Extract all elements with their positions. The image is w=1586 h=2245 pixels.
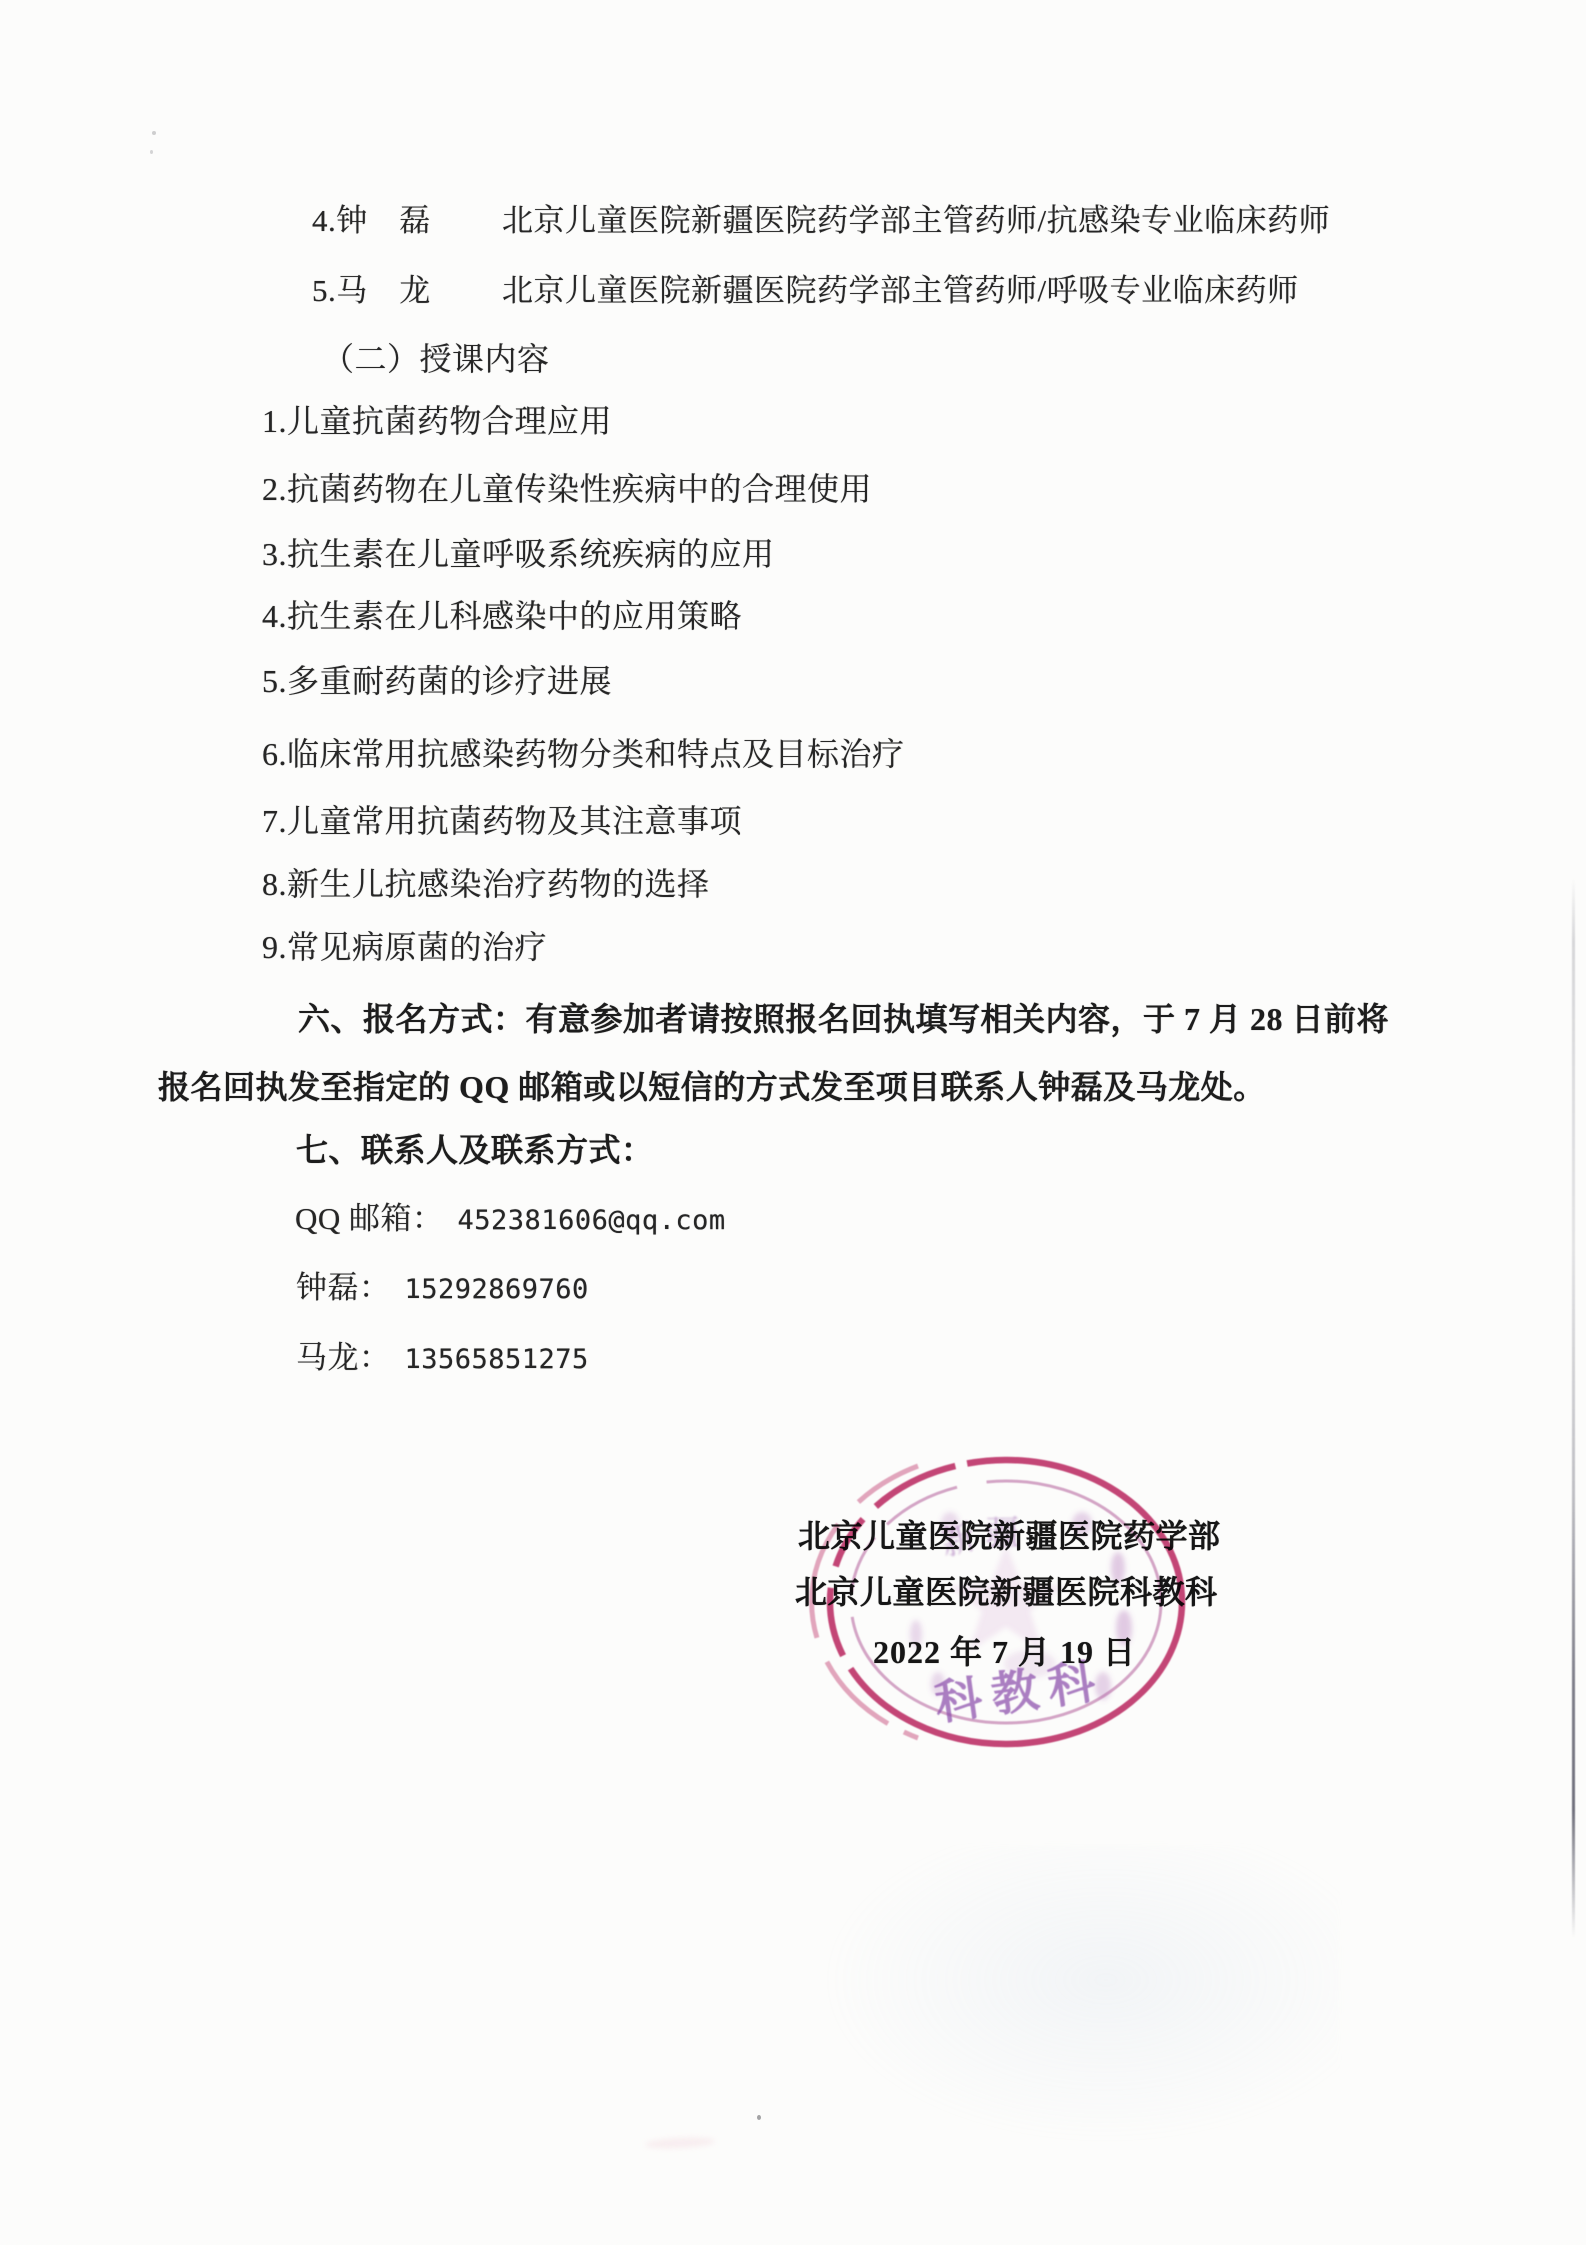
topic-item-5: 5.多重耐药菌的诊疗进展 — [262, 661, 612, 701]
contact-qq-email-label: QQ 邮箱： — [295, 1201, 444, 1236]
scan-speck — [150, 150, 153, 154]
topic-item-8: 8.新生儿抗感染治疗药物的选择 — [262, 864, 710, 904]
contact-qq-email-value: 452381606@qq.com — [444, 1205, 726, 1236]
contact-malong-phone: 13565851275 — [391, 1344, 589, 1375]
scan-smudge-artifact — [820, 1845, 1340, 2145]
registration-paragraph-line2: 报名回执发至指定的 QQ 邮箱或以短信的方式发至项目联系人钟磊及马龙处。 — [158, 1067, 1266, 1107]
section-2-heading: （二）授课内容 — [322, 339, 550, 379]
scan-speck — [152, 131, 156, 135]
seal-bottom-text: 科教科 — [932, 1655, 1109, 1730]
lecturer-4-name: 4.钟 磊 — [312, 202, 431, 241]
scan-edge-line-artifact — [1572, 878, 1575, 1938]
lecturer-5-name: 5.马 龙 — [312, 272, 431, 311]
topic-item-9: 9.常见病原菌的治疗 — [262, 927, 547, 967]
contact-malong-label: 马龙： — [296, 1340, 391, 1375]
contacts-heading: 七、联系人及联系方式： — [296, 1130, 654, 1170]
topic-item-3: 3.抗生素在儿童呼吸系统疾病的应用 — [262, 534, 775, 574]
lecturer-4-affiliation: 北京儿童医院新疆医院药学部主管药师/抗感染专业临床药师 — [502, 202, 1330, 241]
topic-item-1: 1.儿童抗菌药物合理应用 — [262, 401, 612, 441]
topic-item-4: 4.抗生素在儿科感染中的应用策略 — [262, 596, 742, 636]
contact-malong-row: 马龙：13565851275 — [296, 1337, 589, 1378]
lecturer-5-affiliation: 北京儿童医院新疆医院药学部主管药师/呼吸专业临床药师 — [502, 272, 1299, 311]
contact-qq-email-row: QQ 邮箱：452381606@qq.com — [295, 1198, 726, 1239]
topic-item-6: 6.临床常用抗感染药物分类和特点及目标治疗 — [262, 734, 905, 774]
topic-item-2: 2.抗菌药物在儿童传染性疾病中的合理使用 — [262, 469, 872, 509]
contact-zhonglei-label: 钟磊： — [296, 1270, 391, 1305]
contact-zhonglei-row: 钟磊：15292869760 — [296, 1267, 589, 1308]
contact-zhonglei-phone: 15292869760 — [391, 1274, 589, 1305]
official-seal-stamp: 新疆 科教科 — [800, 1428, 1220, 1798]
topic-item-7: 7.儿童常用抗菌药物及其注意事项 — [262, 801, 742, 841]
scan-speck — [757, 2115, 761, 2120]
scanned-document-page: 4.钟 磊 北京儿童医院新疆医院药学部主管药师/抗感染专业临床药师 5.马 龙 … — [0, 0, 1586, 2245]
seal-star-emblem — [948, 1544, 1064, 1652]
registration-paragraph-line1: 六、报名方式：有意参加者请按照报名回执填写相关内容，于 7 月 28 日前将 — [298, 999, 1389, 1039]
scan-pink-smear-artifact — [645, 2136, 715, 2150]
